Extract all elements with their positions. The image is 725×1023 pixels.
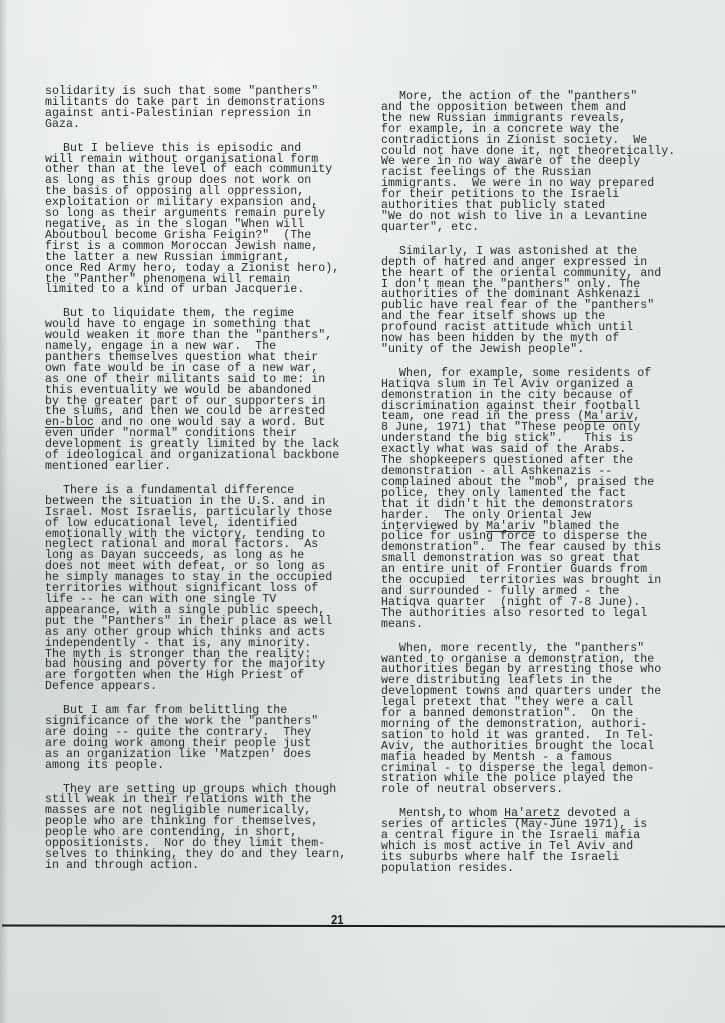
text-line: means. xyxy=(381,620,675,631)
text-line: Defence appears. xyxy=(45,682,346,693)
text-line: mentioned earlier. xyxy=(45,462,346,473)
paragraph: When, for example, some residents ofHati… xyxy=(381,369,675,631)
paragraph: solidarity is such that some "panthers"m… xyxy=(45,87,346,131)
paragraph: They are setting up groups which thoughs… xyxy=(45,785,346,872)
paragraph: But to liquidate them, the regimewould h… xyxy=(45,309,346,473)
paragraph: There is a fundamental differencebetween… xyxy=(45,486,346,693)
text-line: "unity of the Jewish people". xyxy=(381,345,675,356)
right-column: More, the action of the "panthers"and th… xyxy=(381,92,675,888)
footer-rule xyxy=(2,924,725,927)
page-edge-shadow xyxy=(0,0,8,1023)
paragraph: But I am far from belittling thesignific… xyxy=(45,706,346,771)
paragraph: When, more recently, the "panthers"wante… xyxy=(381,644,675,797)
text-line: quarter", etc. xyxy=(381,223,675,234)
paragraph: Similarly, I was astonished at thedepth … xyxy=(381,247,675,356)
text-line: population resides. xyxy=(381,864,675,875)
document-page: solidarity is such that some "panthers"m… xyxy=(0,0,725,1023)
text-line: Gaza. xyxy=(45,120,346,131)
left-column: solidarity is such that some "panthers"m… xyxy=(45,87,346,885)
text-line: among its people. xyxy=(45,761,346,772)
paragraph: But I believe this is episodic andwill r… xyxy=(45,144,346,297)
text-line: role of neutral observers. xyxy=(381,785,675,796)
text-line: against anti-Palestinian repression in xyxy=(45,109,346,120)
text-line: limited to a kind of urban Jacquerie. xyxy=(45,285,346,296)
text-line: in and through action. xyxy=(45,861,346,872)
text-line: The authorities also resorted to legal xyxy=(381,609,675,620)
paragraph: More, the action of the "panthers"and th… xyxy=(381,92,675,234)
paragraph: Mentsh,to whom Ha'aretz devoted aseries … xyxy=(381,809,675,874)
